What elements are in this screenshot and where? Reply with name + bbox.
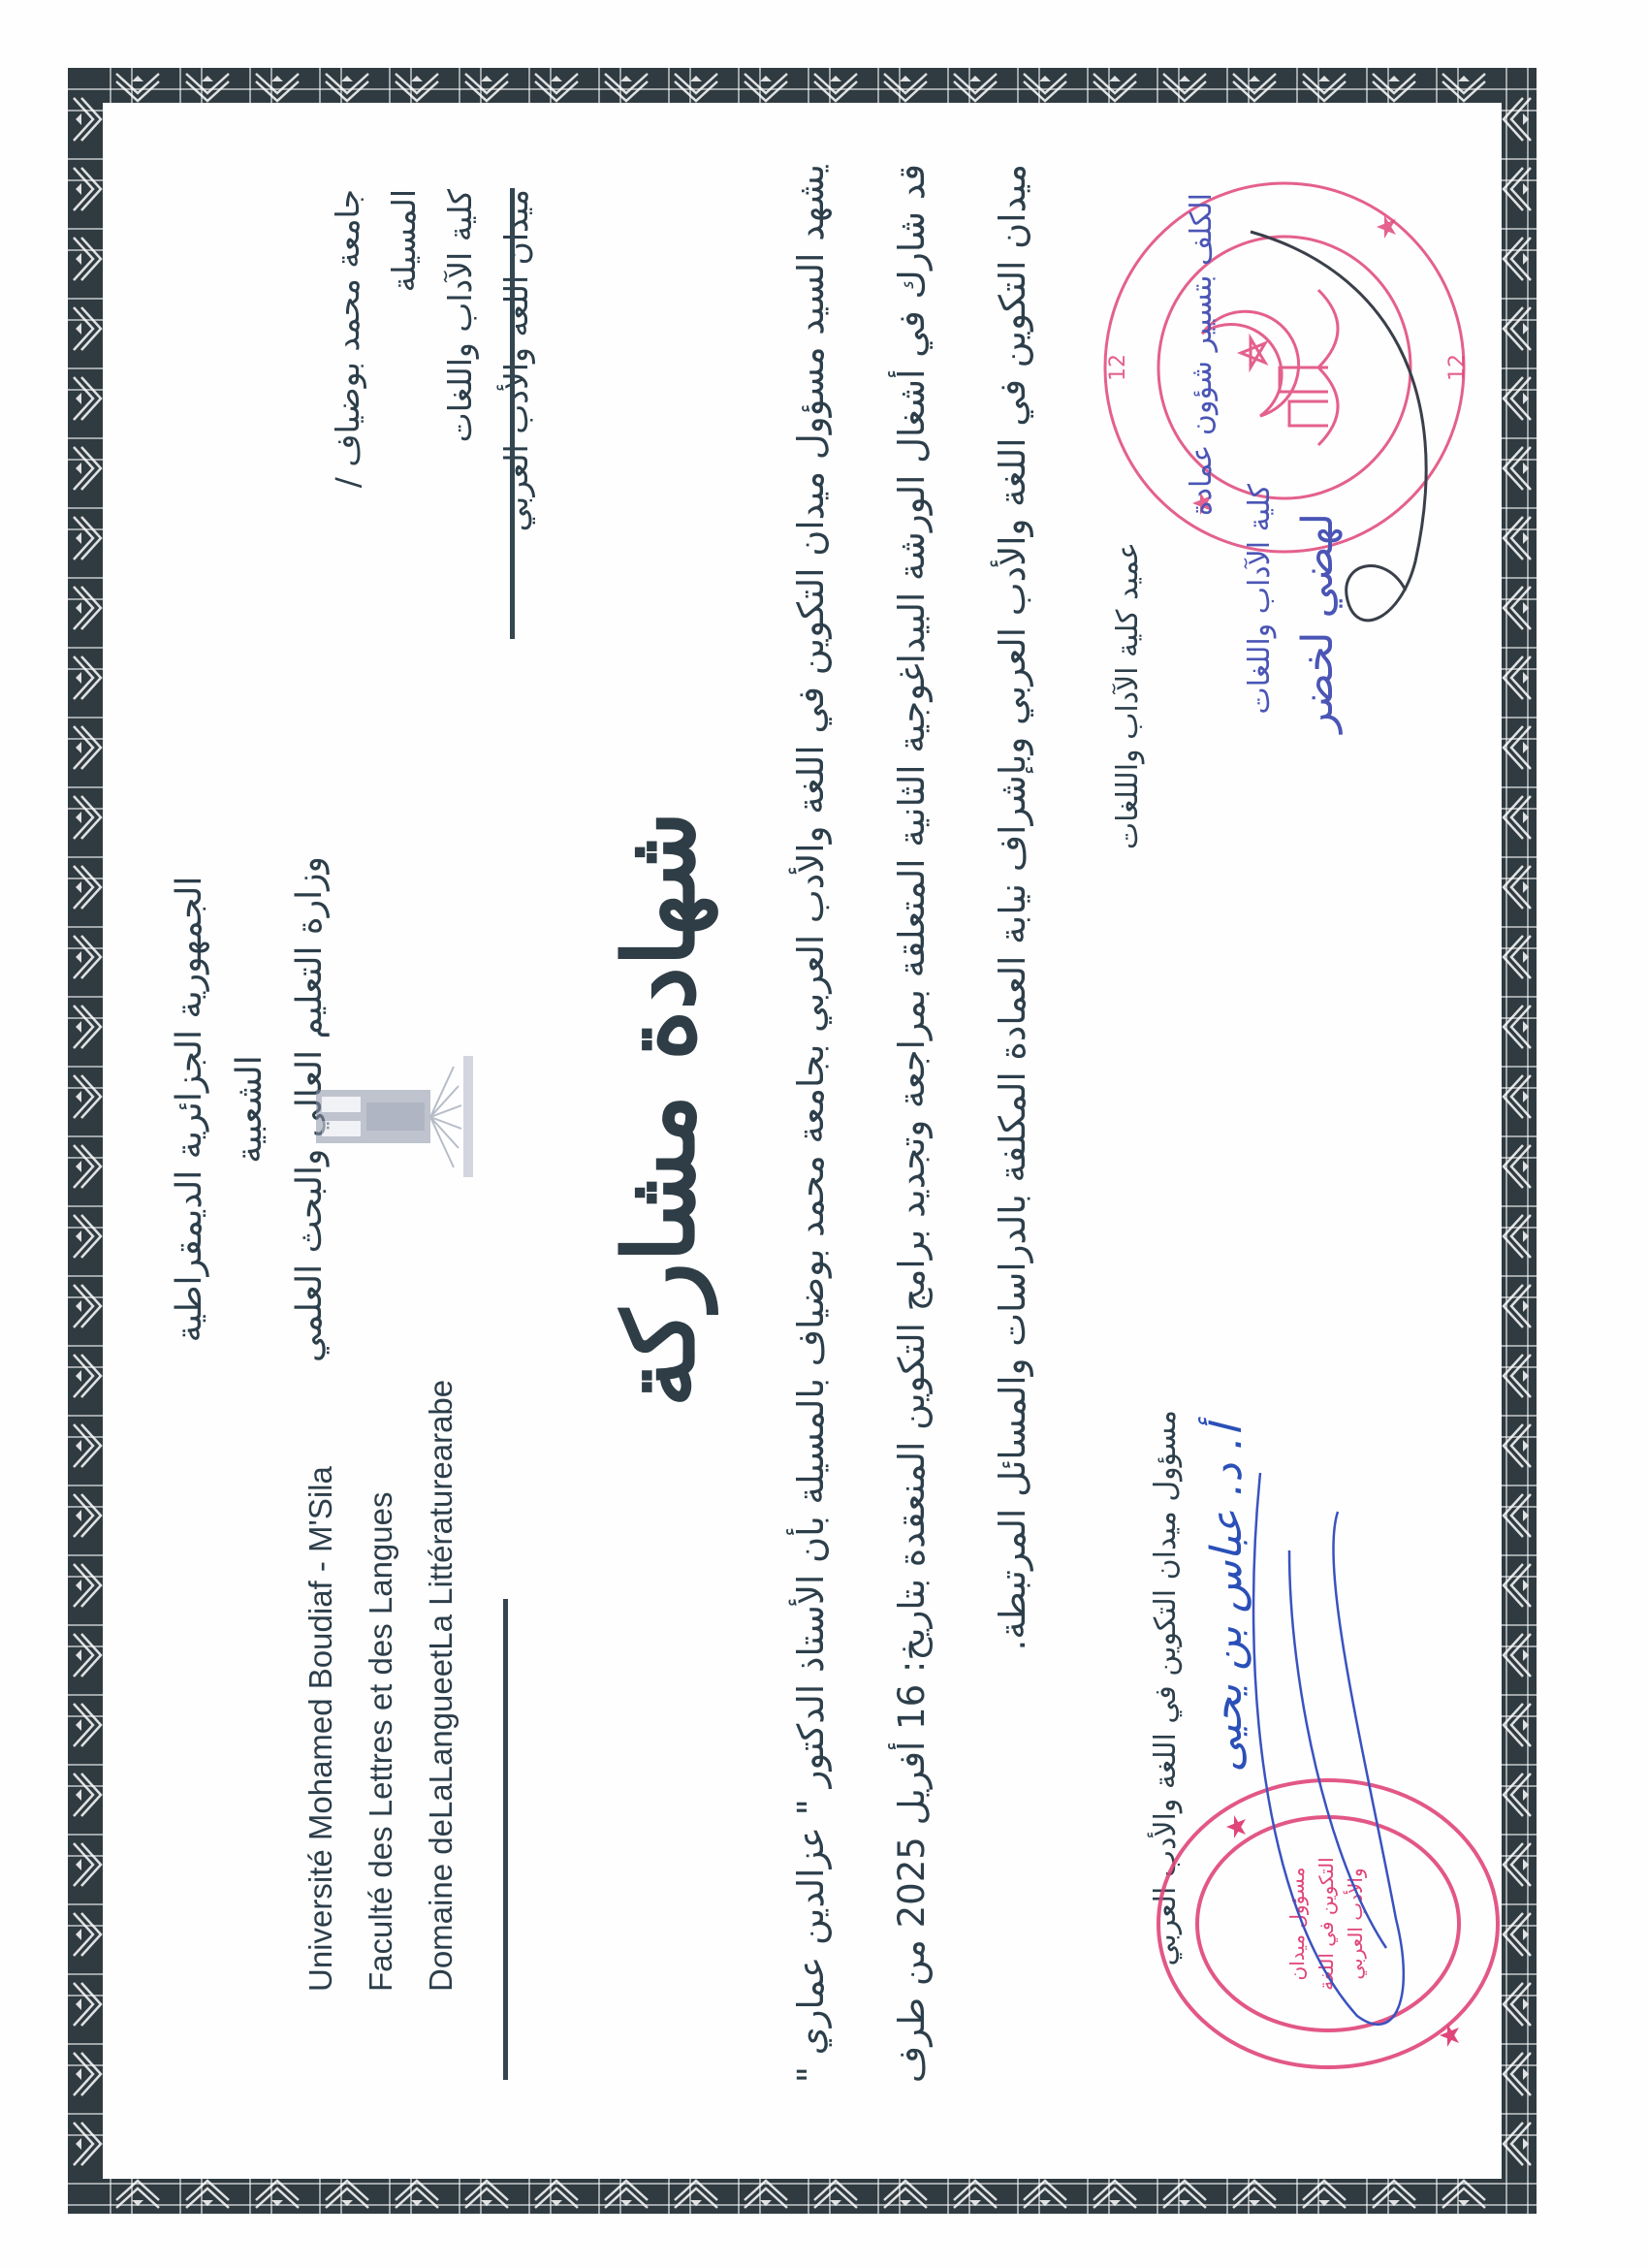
domain-name-ar: ميدان اللغة والأدب العربي [489,189,545,596]
domain-name-fr: Domaine deLaLangueetLa Littératurearabe [411,1371,471,1992]
body-line: قد شارك في أشغال الورشة البيداغوجية الثا… [862,164,963,2123]
university-name-ar: جامعة محمد بوضياف / المسيلة [320,189,432,596]
dean-title: عميد كلية الآداب والللغات [1111,542,1145,849]
dean-signature-block: 12 12 عميد كلية الآداب والللغات الكلف بت… [1105,164,1512,930]
certificate-body: يشهد السيد مسؤول ميدان التكوين في اللغة … [761,164,1063,2123]
dean-handwritten-signature-icon [1163,193,1454,678]
certificate-page: جامعة محمد بوضياف / المسيلة كلية الآداب … [0,0,1648,2268]
university-logo-icon [308,1046,483,1187]
republic-name: الجمهورية الجزائرية الديمقراطية الشعبية [160,818,280,1400]
university-french-header: Université Mohamed Boudiaf - M'Sila Facu… [291,1371,471,1992]
body-line: يشهد السيد مسؤول ميدان التكوين في اللغة … [761,164,862,2123]
field-head-signature-block: مسؤول ميدان التكوين في اللغة والأدب العر… [1134,1405,1522,2084]
header-divider-right [510,188,515,639]
university-name-fr: Université Mohamed Boudiaf - M'Sila [291,1371,351,1992]
svg-text:12: 12 [1106,354,1130,381]
faculty-name-fr: Faculté des Lettres et des Langues [351,1371,411,1992]
body-line: ميدان التكوين في اللغة والأدب العربي وبإ… [963,164,1063,2123]
field-head-handwritten-signature-icon [1202,1453,1493,2055]
certificate-title: شهادة مشاركة [582,721,737,1497]
header-divider-left [503,1599,508,2080]
faculty-name-ar: كلية الآداب واللغات [432,189,489,596]
